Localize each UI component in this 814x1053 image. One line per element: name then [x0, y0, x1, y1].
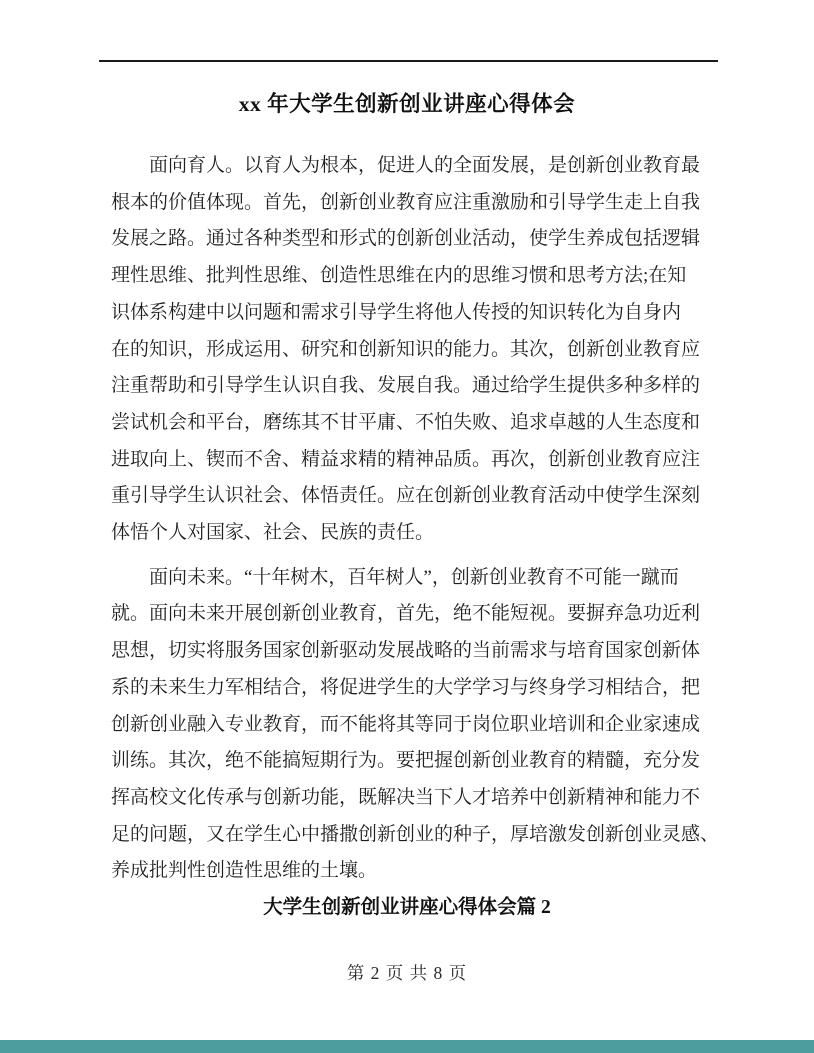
- document-page: xx 年大学生创新创业讲座心得体会 面向育人。以育人为根本，促进人的全面发展，是…: [0, 0, 814, 1053]
- section-subheading: 大学生创新创业讲座心得体会篇 2: [0, 895, 814, 921]
- body-paragraph-2: 面向未来。“十年树木，百年树人”，创新创业教育不可能一蹴而 就。面向未来开展创新…: [111, 560, 723, 890]
- document-title: xx 年大学生创新创业讲座心得体会: [0, 90, 814, 118]
- page-number-footer: 第 2 页 共 8 页: [0, 961, 814, 985]
- document-body: 面向育人。以育人为根本，促进人的全面发展，是创新创业教育最 根本的价值体现。首先…: [111, 148, 723, 890]
- header-rule: [99, 60, 718, 62]
- body-paragraph-1: 面向育人。以育人为根本，促进人的全面发展，是创新创业教育最 根本的价值体现。首先…: [111, 148, 723, 552]
- bottom-bar: [0, 1040, 814, 1053]
